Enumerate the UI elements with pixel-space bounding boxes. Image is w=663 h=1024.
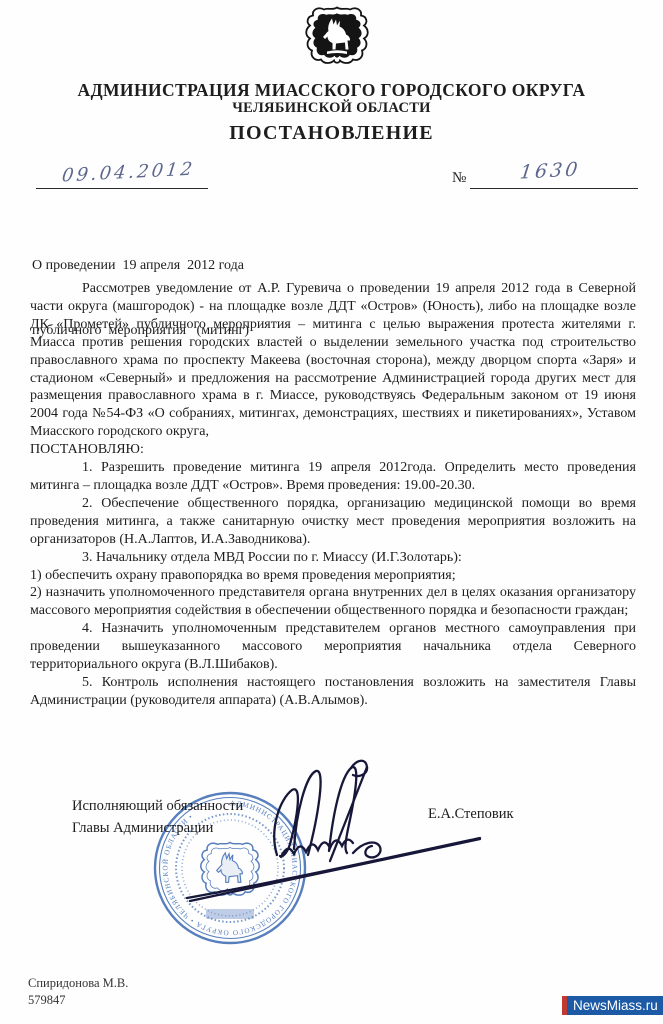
executor-phone: 579847 [28, 992, 128, 1009]
handwritten-number: 1630 [519, 158, 582, 183]
watermark-label: NewsMiass.ru [567, 996, 663, 1015]
miass-coat-of-arms-icon [302, 4, 372, 73]
executor-info: Спиридонова М.В. 579847 [28, 975, 128, 1008]
clause-3-sub-2: 2) назначить уполномоченного представите… [30, 584, 636, 620]
resolve-keyword: ПОСТАНОВЛЯЮ: [30, 441, 636, 459]
date-underline [36, 188, 208, 189]
document-body: Рассмотрев уведомление от А.Р. Гуревича … [30, 280, 636, 710]
number-sign-label: № [452, 170, 466, 187]
subject-line1: О проведении 19 апреля 2012 года [32, 255, 249, 277]
clause-3: 3. Начальнику отдела МВД России по г. Ми… [30, 549, 636, 567]
scanned-decree-document: АДМИНИСТРАЦИЯ МИАССКОГО ГОРОДСКОГО ОКРУГ… [0, 0, 663, 1024]
org-name-line2: ЧЕЛЯБИНСКОЙ ОБЛАСТИ [0, 100, 663, 117]
preamble-paragraph: Рассмотрев уведомление от А.Р. Гуревича … [30, 280, 636, 441]
handwritten-signature [177, 757, 497, 925]
clause-3-sub-1: 1) обеспечить охрану правопорядка во вре… [30, 567, 636, 585]
number-underline [470, 188, 638, 189]
clause-1: 1. Разрешить проведение митинга 19 апрел… [30, 459, 636, 495]
handwritten-date: 09.04.2012 [61, 158, 196, 186]
clause-4: 4. Назначить уполномоченным представител… [30, 620, 636, 674]
newsmiass-watermark: NewsMiass.ru [562, 996, 663, 1015]
executor-name: Спиридонова М.В. [28, 975, 128, 992]
clause-5: 5. Контроль исполнения настоящего постан… [30, 674, 636, 710]
org-name-line1: АДМИНИСТРАЦИЯ МИАССКОГО ГОРОДСКОГО ОКРУГ… [0, 80, 663, 101]
document-type-title: ПОСТАНОВЛЕНИЕ [0, 122, 663, 145]
clause-2: 2. Обеспечение общественного порядка, ор… [30, 495, 636, 549]
